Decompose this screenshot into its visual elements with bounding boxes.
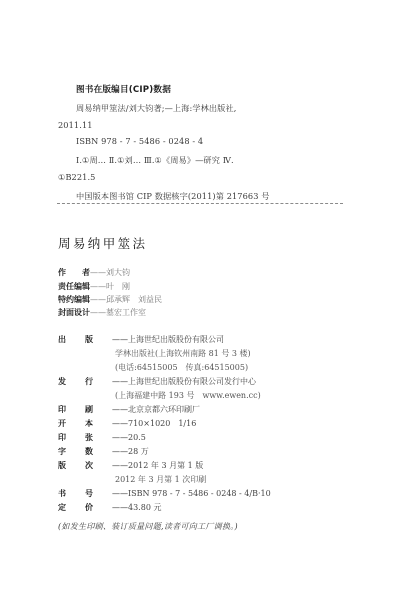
pub-sheets: 印张——20.5	[58, 432, 146, 443]
pub-label: 版次	[58, 460, 112, 471]
pub-label: 印张	[58, 432, 112, 443]
pub-value: ISBN 978 - 7 - 5486 - 0248 - 4/B·10	[128, 489, 271, 498]
pub-value: 43.80 元	[128, 503, 161, 512]
pub-label: 印刷	[58, 404, 112, 415]
credit-label: 特约编辑	[58, 294, 90, 305]
cip-line-1: 周易纳甲筮法/刘大钧著;—上海:学林出版社,	[76, 103, 236, 114]
pub-publisher-phone: (电话:64515005 传真:64515005)	[115, 362, 248, 373]
credit-value: 墓宏工作室	[106, 308, 146, 317]
credit-value: 刘大钧	[106, 268, 130, 277]
pub-publisher: 出版——上海世纪出版股份有限公司	[58, 334, 224, 345]
pub-label: 书号	[58, 488, 112, 499]
separator-dash: ——	[90, 295, 106, 304]
book-title: 周易纳甲筮法	[58, 234, 147, 252]
pub-words: 字数——28 万	[58, 446, 149, 457]
credit-value: 邱承辉 刘益民	[106, 295, 162, 304]
cip-classification-1: Ⅰ.①周… Ⅱ.①刘… Ⅲ.①《周易》—研究 Ⅳ.	[76, 155, 234, 166]
pub-value: 2012 年 3 月第 1 版	[128, 461, 203, 470]
cip-heading: 图书在版编目(CIP)数据	[76, 83, 171, 95]
credit-label: 责任编辑	[58, 281, 90, 292]
quality-notice: (如发生印刷、装订质量问题,读者可向工厂调换。)	[58, 521, 238, 532]
separator-dash: ——	[90, 268, 106, 277]
pub-value: 20.5	[128, 433, 146, 442]
cip-isbn: ISBN 978 - 7 - 5486 - 0248 - 4	[76, 136, 203, 146]
separator-dash: ——	[112, 335, 128, 344]
credit-editor: 责任编辑——叶 刚	[58, 281, 130, 292]
pub-distributor-address: (上海福建中路 193 号 www.ewen.cc)	[115, 390, 261, 401]
pub-format: 开本——710×1020 1/16	[58, 418, 196, 429]
pub-label: 发行	[58, 376, 112, 387]
separator-dash: ——	[112, 433, 128, 442]
separator-dash: ——	[112, 405, 128, 414]
pub-publisher-address: 学林出版社(上海钦州南路 81 号 3 楼)	[115, 348, 251, 359]
separator-dash: ——	[112, 419, 128, 428]
separator-dash: ——	[112, 489, 128, 498]
separator-dash: ——	[112, 461, 128, 470]
dotted-divider	[57, 203, 343, 204]
pub-label: 出版	[58, 334, 112, 345]
pub-value: 上海世纪出版股份有限公司发行中心	[128, 377, 256, 386]
cip-classification-2: ①B221.5	[58, 172, 96, 182]
credit-cover-design: 封面设计——墓宏工作室	[58, 307, 146, 318]
pub-label: 开本	[58, 418, 112, 429]
credit-special-editor: 特约编辑——邱承辉 刘益民	[58, 294, 162, 305]
separator-dash: ——	[90, 308, 106, 317]
pub-value: 上海世纪出版股份有限公司	[128, 335, 224, 344]
cip-line-2: 2011.11	[58, 120, 93, 130]
pub-edition-printing: 2012 年 3 月第 1 次印刷	[115, 474, 206, 485]
pub-printer: 印刷——北京京都六环印刷厂	[58, 404, 200, 415]
credit-author: 作 者——刘大钧	[58, 267, 130, 278]
separator-dash: ——	[112, 503, 128, 512]
pub-price: 定价——43.80 元	[58, 502, 161, 513]
pub-label: 字数	[58, 446, 112, 457]
pub-value: 北京京都六环印刷厂	[128, 405, 200, 414]
separator-dash: ——	[112, 377, 128, 386]
pub-edition: 版次——2012 年 3 月第 1 版	[58, 460, 203, 471]
pub-label: 定价	[58, 502, 112, 513]
separator-dash: ——	[90, 282, 106, 291]
pub-distributor: 发行——上海世纪出版股份有限公司发行中心	[58, 376, 256, 387]
credit-value: 叶 刚	[106, 282, 130, 291]
cip-number: 中国版本图书馆 CIP 数据核字(2011)第 217663 号	[76, 191, 270, 202]
pub-book-number: 书号——ISBN 978 - 7 - 5486 - 0248 - 4/B·10	[58, 488, 271, 499]
credit-label: 作 者	[58, 267, 90, 278]
pub-value: 710×1020 1/16	[128, 419, 196, 428]
separator-dash: ——	[112, 447, 128, 456]
credit-label: 封面设计	[58, 307, 90, 318]
pub-value: 28 万	[128, 447, 149, 456]
